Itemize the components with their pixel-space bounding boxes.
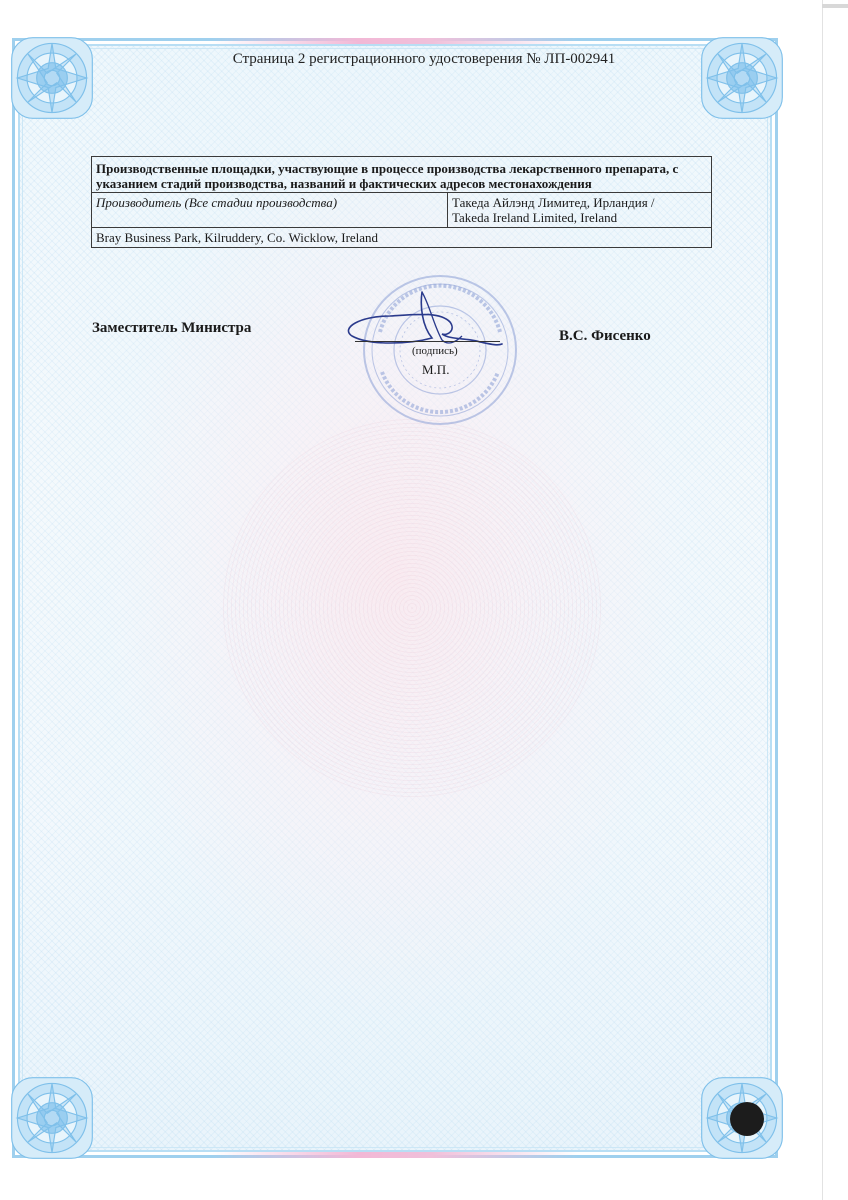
concentric-rings-pattern bbox=[222, 418, 602, 798]
signature-caption: (подпись) bbox=[412, 345, 458, 357]
seal-label: М.П. bbox=[422, 362, 449, 378]
signatory-name: В.С. Фисенко bbox=[559, 328, 651, 345]
page-edge-shadow bbox=[822, 4, 848, 8]
page-edge bbox=[822, 0, 823, 1200]
production-stage-cell: Производитель (Все стадии производства) bbox=[92, 193, 448, 228]
rosette-icon bbox=[4, 1070, 100, 1166]
table-row: Производитель (Все стадии производства) … bbox=[92, 193, 712, 228]
address-cell: Bray Business Park, Kilruddery, Co. Wick… bbox=[92, 228, 712, 248]
signatory-position: Заместитель Министра bbox=[92, 320, 251, 337]
pink-band-bottom bbox=[212, 1152, 578, 1158]
table-header-row: Производственные площадки, участвующие в… bbox=[92, 157, 712, 193]
manufacturer-cell: Такеда Айлэнд Лимитед, Ирландия / Takeda… bbox=[448, 193, 712, 228]
manufacturer-name-ru: Такеда Айлэнд Лимитед, Ирландия / bbox=[452, 195, 707, 210]
rosette-icon bbox=[694, 30, 790, 126]
production-sites-table: Производственные площадки, участвующие в… bbox=[91, 156, 712, 248]
rosette-icon bbox=[4, 30, 100, 126]
manufacturer-name-en: Takeda Ireland Limited, Ireland bbox=[452, 210, 707, 225]
table-row: Bray Business Park, Kilruddery, Co. Wick… bbox=[92, 228, 712, 248]
page-title: Страница 2 регистрационного удостоверени… bbox=[0, 51, 848, 68]
signature-line bbox=[355, 341, 500, 342]
table-heading: Производственные площадки, участвующие в… bbox=[92, 157, 712, 193]
pink-band-top bbox=[212, 38, 578, 44]
punch-hole bbox=[730, 1102, 764, 1136]
